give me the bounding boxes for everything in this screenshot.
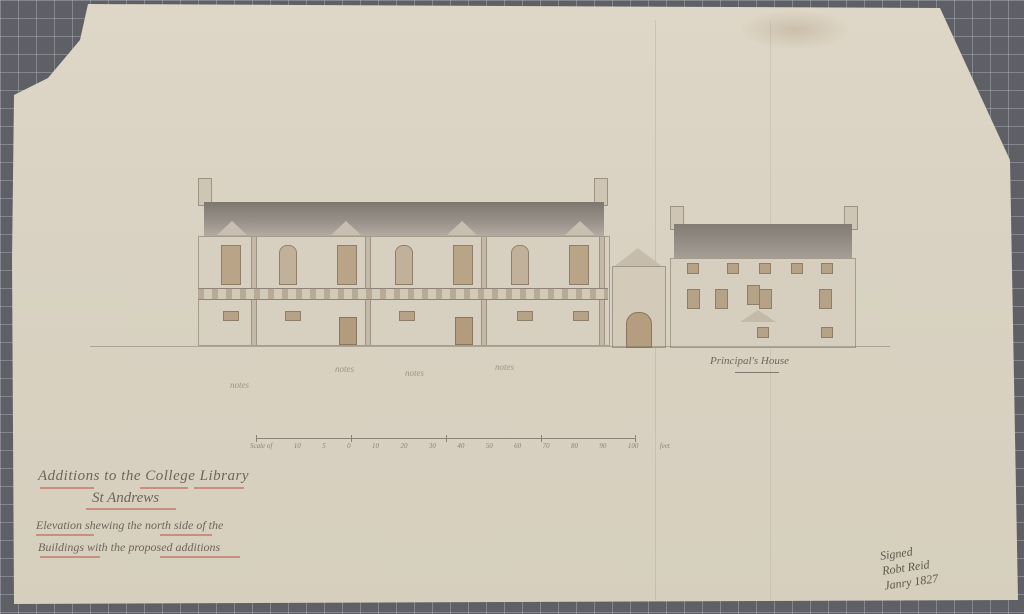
scale-tick-label: 5 [322, 442, 326, 450]
diagonal-pencil-notes [304, 413, 497, 540]
arched-window [511, 245, 529, 285]
lower-window [399, 311, 415, 321]
door [339, 317, 357, 345]
pencil-note: notes [495, 362, 514, 372]
library-elevation [198, 178, 610, 346]
scale-tick-label: 80 [571, 442, 578, 450]
caption-underline [735, 372, 779, 373]
scale-tick-label: 10 [294, 442, 301, 450]
window [821, 327, 833, 338]
scale-tick-label: 10 [372, 442, 379, 450]
description-underline [160, 534, 212, 536]
lower-window [285, 311, 301, 321]
pencil-note: notes [335, 364, 354, 374]
window [687, 263, 699, 274]
window [453, 245, 473, 285]
window [819, 289, 832, 309]
description-line-2: Buildings with the proposed additions [38, 540, 220, 555]
pencil-note: notes [230, 380, 249, 390]
house-wall [670, 258, 856, 348]
scale-tick-label: 20 [400, 442, 407, 450]
house-roof [674, 224, 852, 258]
window [221, 245, 241, 285]
window [687, 289, 700, 309]
window [715, 289, 728, 309]
library-roof [204, 202, 604, 238]
scale-tick [541, 435, 542, 442]
decorative-frieze [198, 288, 608, 300]
gateway-gable [612, 248, 664, 268]
title-underline [140, 487, 188, 489]
pediment [331, 221, 361, 235]
window [727, 263, 739, 274]
subtitle-underline [86, 508, 176, 510]
lower-window [223, 311, 239, 321]
ground-line [90, 346, 890, 347]
description-underline [40, 556, 100, 558]
scale-tick-label: 60 [514, 442, 521, 450]
description-underline [160, 556, 240, 558]
paper-sheet: Principal's House Scale of 10 5 0 10 20 … [0, 0, 1024, 614]
pediment [447, 221, 477, 235]
window [569, 245, 589, 285]
description-line-1: Elevation shewing the north side of the [36, 518, 223, 533]
lower-window [573, 311, 589, 321]
scale-tick [256, 435, 257, 442]
scale-tick-label: 0 [347, 442, 351, 450]
porch-gable [740, 310, 776, 322]
scale-tick [351, 435, 352, 442]
scale-tick-label: 70 [543, 442, 550, 450]
door [455, 317, 473, 345]
scale-label: Scale of [250, 442, 272, 450]
principals-house-elevation [670, 206, 856, 348]
house-caption: Principal's House [710, 355, 789, 367]
arched-window [279, 245, 297, 285]
signature-block: Signed Robt Reid Janry 1827 [879, 541, 939, 593]
lower-window [517, 311, 533, 321]
description-underline [36, 534, 94, 536]
window [759, 289, 772, 309]
gateway-arch-door [626, 312, 652, 348]
title-underline [40, 487, 94, 489]
arched-window [395, 245, 413, 285]
drawing-subtitle: St Andrews [92, 490, 159, 507]
scale-tick-label: 90 [599, 442, 606, 450]
pencil-note: notes [405, 368, 424, 378]
window [791, 263, 803, 274]
pediment [565, 221, 595, 235]
window [759, 263, 771, 274]
drawing-title: Additions to the College Library [38, 468, 249, 485]
window [821, 263, 833, 274]
title-underline [194, 487, 244, 489]
pediment [217, 221, 247, 235]
window [337, 245, 357, 285]
window [757, 327, 769, 338]
scale-tick-label: 50 [486, 442, 493, 450]
scale-tick-label: 100 [628, 442, 639, 450]
water-stain [740, 10, 850, 50]
scale-unit: feet [660, 442, 670, 450]
scale-tick [635, 435, 636, 442]
